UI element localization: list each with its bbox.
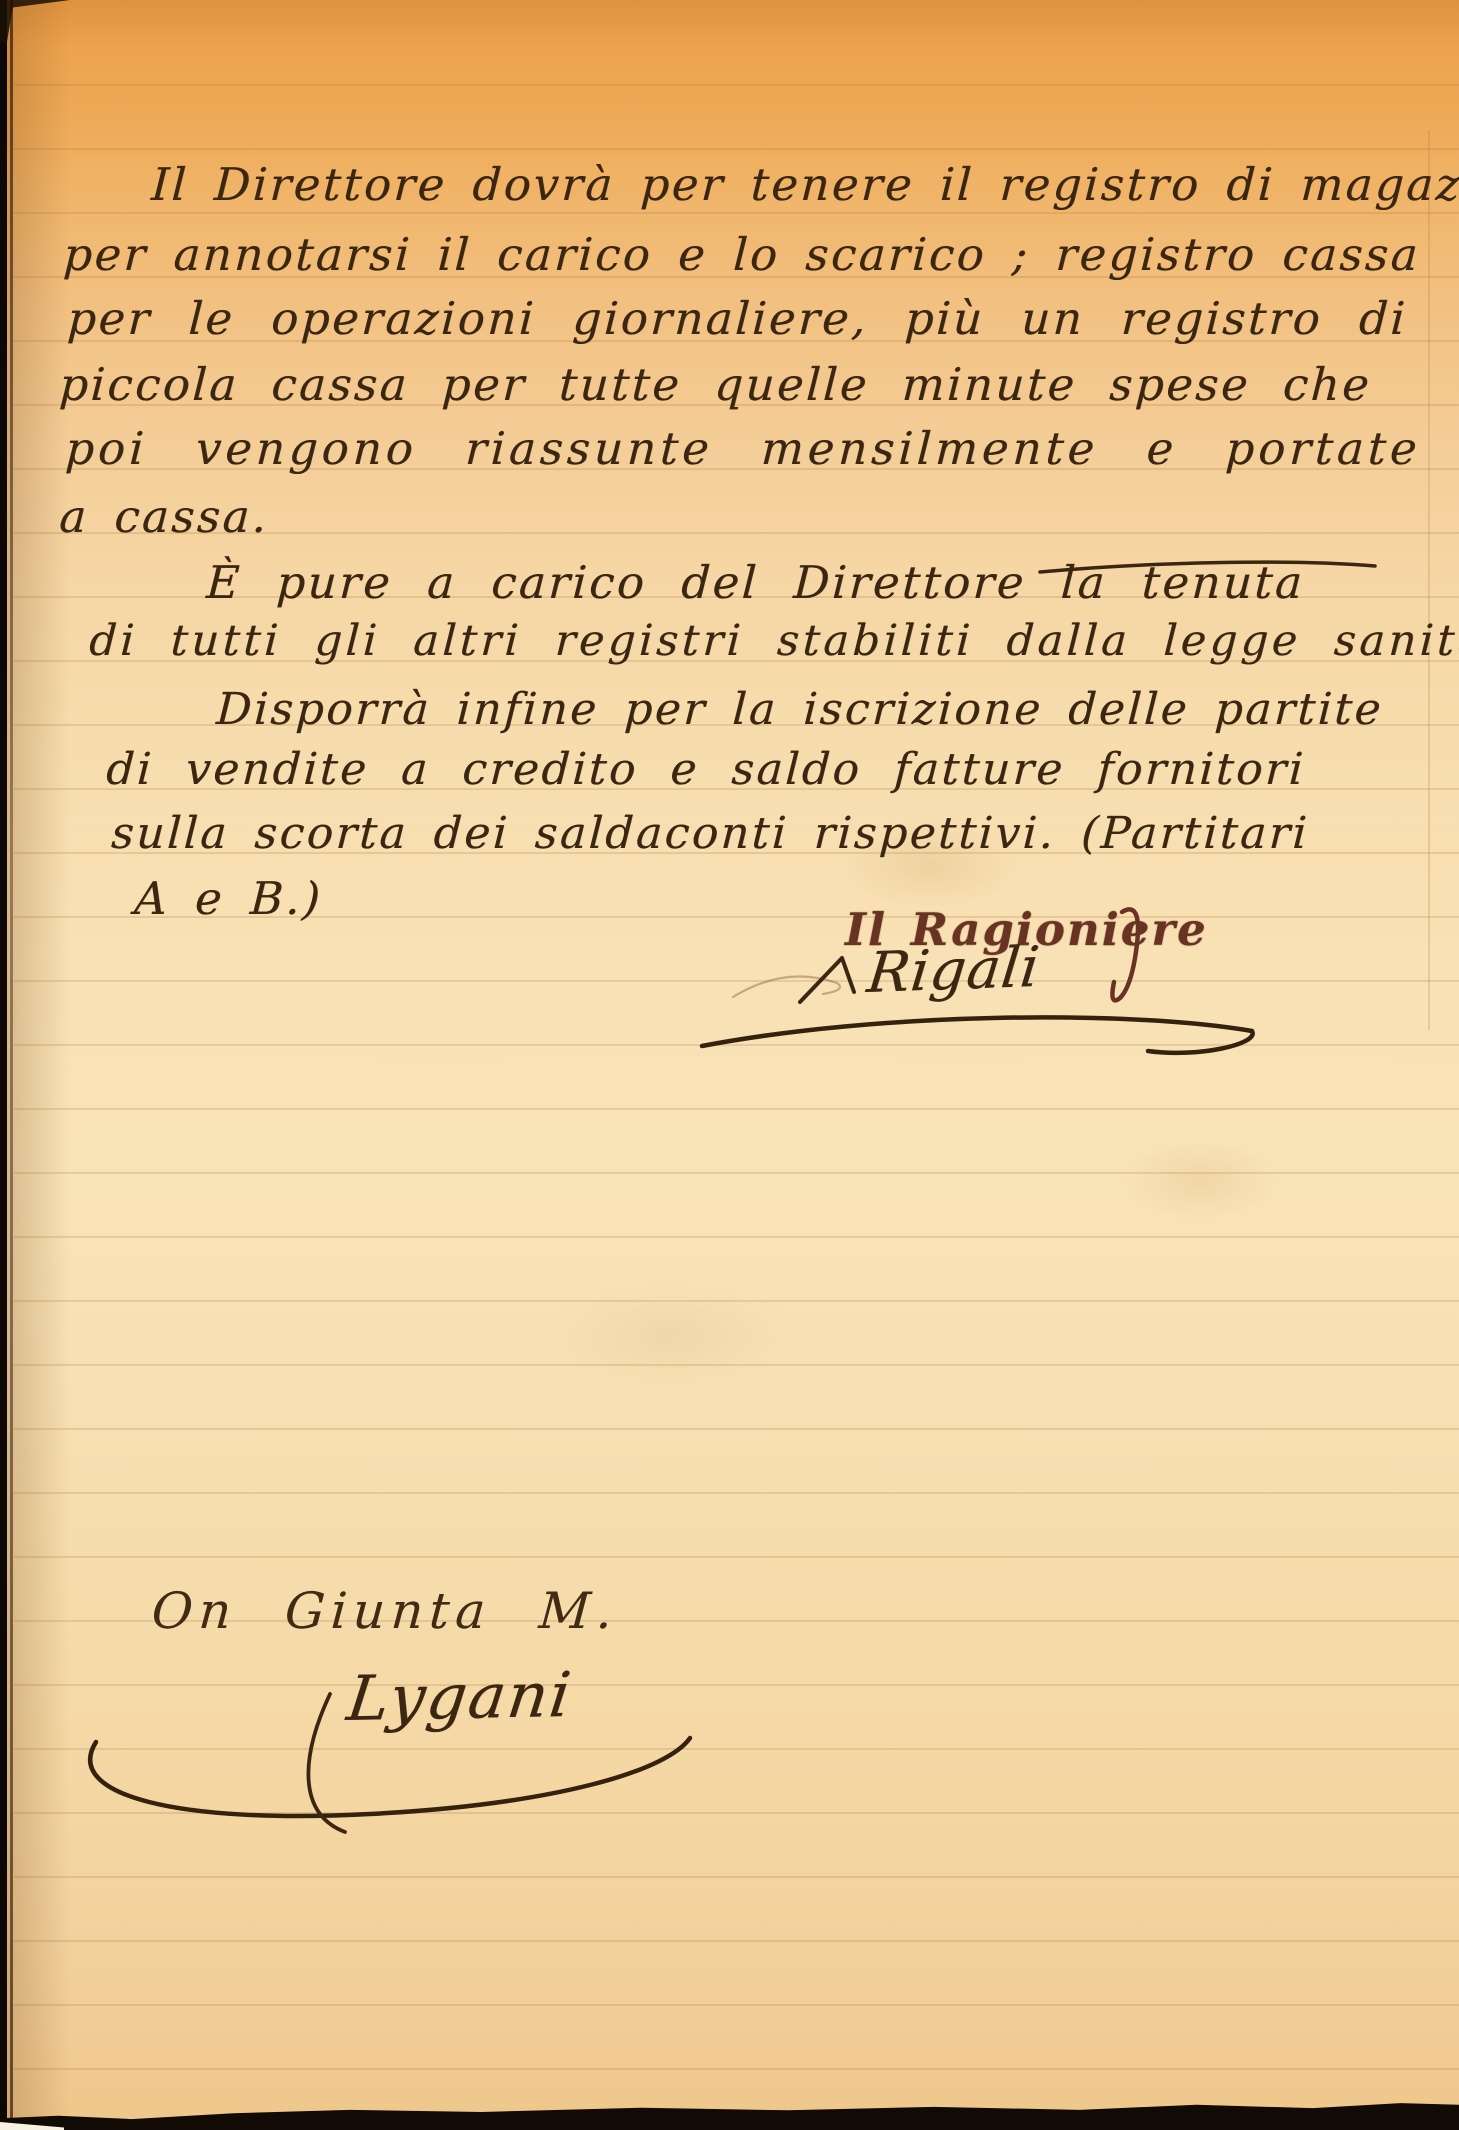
handwriting-line-11: sulla scorta dei saldaconti rispettivi. … [110, 808, 1310, 859]
handwriting-line-7: È pure a carico del Direttore la tenuta [205, 556, 1306, 609]
page-edge-line [10, 0, 13, 2130]
handwriting-line-10: di vendite a credito e saldo fatture for… [105, 744, 1307, 795]
handwriting-line-9: Disporrà infine per la iscrizione delle … [215, 684, 1384, 735]
top-paper-shading [0, 0, 1459, 46]
scan-edge-bottom [0, 2088, 1459, 2130]
handwriting-line-8: di tutti gli altri registri stabiliti da… [88, 616, 1459, 666]
paper-crease [1428, 130, 1430, 1030]
closing-signature: Lygani [343, 1658, 576, 1735]
handwriting-line-1: Il Direttore dovrà per tenere il registr… [150, 158, 1459, 211]
handwriting-line-4: piccola cassa per tutte quelle minute sp… [58, 358, 1373, 411]
handwriting-line-3: per le operazioni giornaliere, più un re… [66, 292, 1409, 345]
giunta-note: On Giunta M. [150, 1582, 620, 1640]
handwriting-line-12: A e B.) [133, 872, 324, 925]
paper-stain [1120, 1140, 1280, 1220]
paper-stain [540, 1280, 800, 1390]
scan-edge-left [0, 0, 7, 2130]
manuscript-page: Il Direttore dovrà per tenere il registr… [0, 0, 1459, 2130]
handwriting-line-6: a cassa. [58, 490, 270, 543]
handwriting-line-5: poi vengono riassunte mensilmente e port… [64, 422, 1422, 475]
handwriting-line-2: per annotarsi il carico e lo scarico ; r… [62, 228, 1422, 281]
accountant-signature: Rigali [864, 935, 1043, 1006]
